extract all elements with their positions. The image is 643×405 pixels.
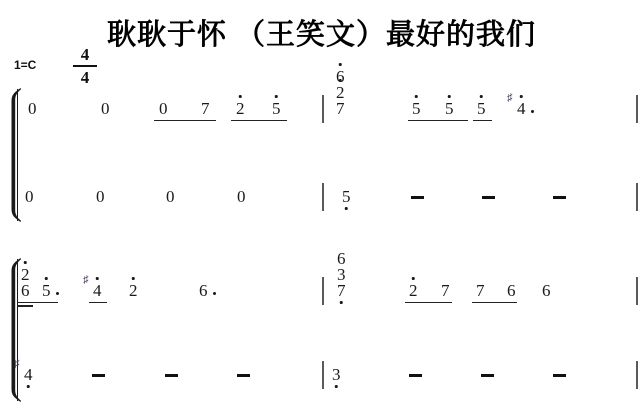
barline xyxy=(322,95,324,123)
sustain-dash xyxy=(411,196,424,199)
octave-dot-below xyxy=(340,301,343,304)
octave-dot-above xyxy=(132,277,135,280)
note: 5 xyxy=(342,188,351,205)
sustain-dash xyxy=(553,196,566,199)
beam-underline xyxy=(473,120,492,122)
augmentation-dot xyxy=(213,292,216,295)
augmentation-dot xyxy=(56,292,59,295)
beam-underline xyxy=(472,302,517,304)
beam-underline xyxy=(89,302,107,304)
sustain-dash xyxy=(237,374,250,377)
note: 5 xyxy=(412,100,421,117)
note: 0 xyxy=(28,100,37,117)
note: 6 xyxy=(199,282,208,299)
note: 7 xyxy=(476,282,485,299)
note: 0 xyxy=(25,188,34,205)
octave-dot-below xyxy=(27,385,30,388)
octave-dot-above xyxy=(412,277,415,280)
note: 4♯ xyxy=(93,282,102,299)
beam-underline xyxy=(405,302,452,304)
sustain-dash xyxy=(409,374,422,377)
sheet-music-page: 耿耿于怀 （王笑文）最好的我们 1=C 4 4 0007257265554♯00… xyxy=(0,0,643,405)
system-left-line xyxy=(17,89,18,221)
octave-dot-below xyxy=(335,385,338,388)
note: 4♯ xyxy=(517,100,526,117)
barline xyxy=(636,277,638,305)
time-signature: 4 4 xyxy=(72,44,98,88)
octave-dot-above xyxy=(24,261,27,264)
barline xyxy=(636,361,638,389)
augmentation-dot xyxy=(531,110,534,113)
note: 6 xyxy=(507,282,516,299)
note: 2 xyxy=(21,266,30,283)
octave-dot-above xyxy=(480,95,483,98)
beam-underline xyxy=(231,120,287,122)
sustain-dash xyxy=(165,374,178,377)
beam-underline xyxy=(17,302,58,304)
note: 3 xyxy=(337,266,346,283)
note: 7 xyxy=(201,100,210,117)
time-signature-numerator: 4 xyxy=(72,44,98,65)
octave-dot-above xyxy=(239,95,242,98)
note: 2 xyxy=(236,100,245,117)
note: 0 xyxy=(159,100,168,117)
note: 7 xyxy=(337,282,346,299)
barline xyxy=(322,277,324,305)
note: 7 xyxy=(336,100,345,117)
octave-dot-above xyxy=(96,277,99,280)
note: 6 xyxy=(542,282,551,299)
octave-dot-above xyxy=(520,95,523,98)
note: 5 xyxy=(272,100,281,117)
system-bracket-icon xyxy=(7,258,22,402)
note: 2 xyxy=(336,84,345,101)
beam-underline xyxy=(408,120,468,122)
note: 5 xyxy=(42,282,51,299)
note: 0 xyxy=(237,188,246,205)
note: 2 xyxy=(129,282,138,299)
sharp-icon: ♯ xyxy=(14,359,20,370)
note: 0 xyxy=(101,100,110,117)
note: 5 xyxy=(445,100,454,117)
sustain-dash xyxy=(553,374,566,377)
sustain-dash xyxy=(92,374,105,377)
system-bracket-icon xyxy=(7,88,22,222)
octave-dot-above xyxy=(275,95,278,98)
sharp-icon: ♯ xyxy=(83,275,89,286)
note: 6 xyxy=(336,68,345,85)
note: 7 xyxy=(441,282,450,299)
octave-dot-above xyxy=(45,277,48,280)
sustain-dash xyxy=(481,374,494,377)
beam-underline xyxy=(17,305,33,307)
sharp-icon: ♯ xyxy=(507,93,513,104)
octave-dot-above xyxy=(415,95,418,98)
barline xyxy=(636,95,638,123)
system-left-line xyxy=(17,259,18,401)
note: 6 xyxy=(21,282,30,299)
note: 3 xyxy=(332,366,341,383)
note: 0 xyxy=(166,188,175,205)
barline xyxy=(636,183,638,211)
barline xyxy=(322,361,324,389)
note: 2 xyxy=(409,282,418,299)
beam-underline xyxy=(154,120,216,122)
note: 0 xyxy=(96,188,105,205)
note: 5 xyxy=(477,100,486,117)
time-signature-denominator: 4 xyxy=(72,67,98,88)
note: 6 xyxy=(337,250,346,267)
octave-dot-above xyxy=(448,95,451,98)
key-signature: 1=C xyxy=(14,58,36,72)
octave-dot-above xyxy=(339,63,342,66)
barline xyxy=(322,183,324,211)
note: 4♯ xyxy=(24,366,33,383)
sustain-dash xyxy=(482,196,495,199)
octave-dot-below xyxy=(345,207,348,210)
